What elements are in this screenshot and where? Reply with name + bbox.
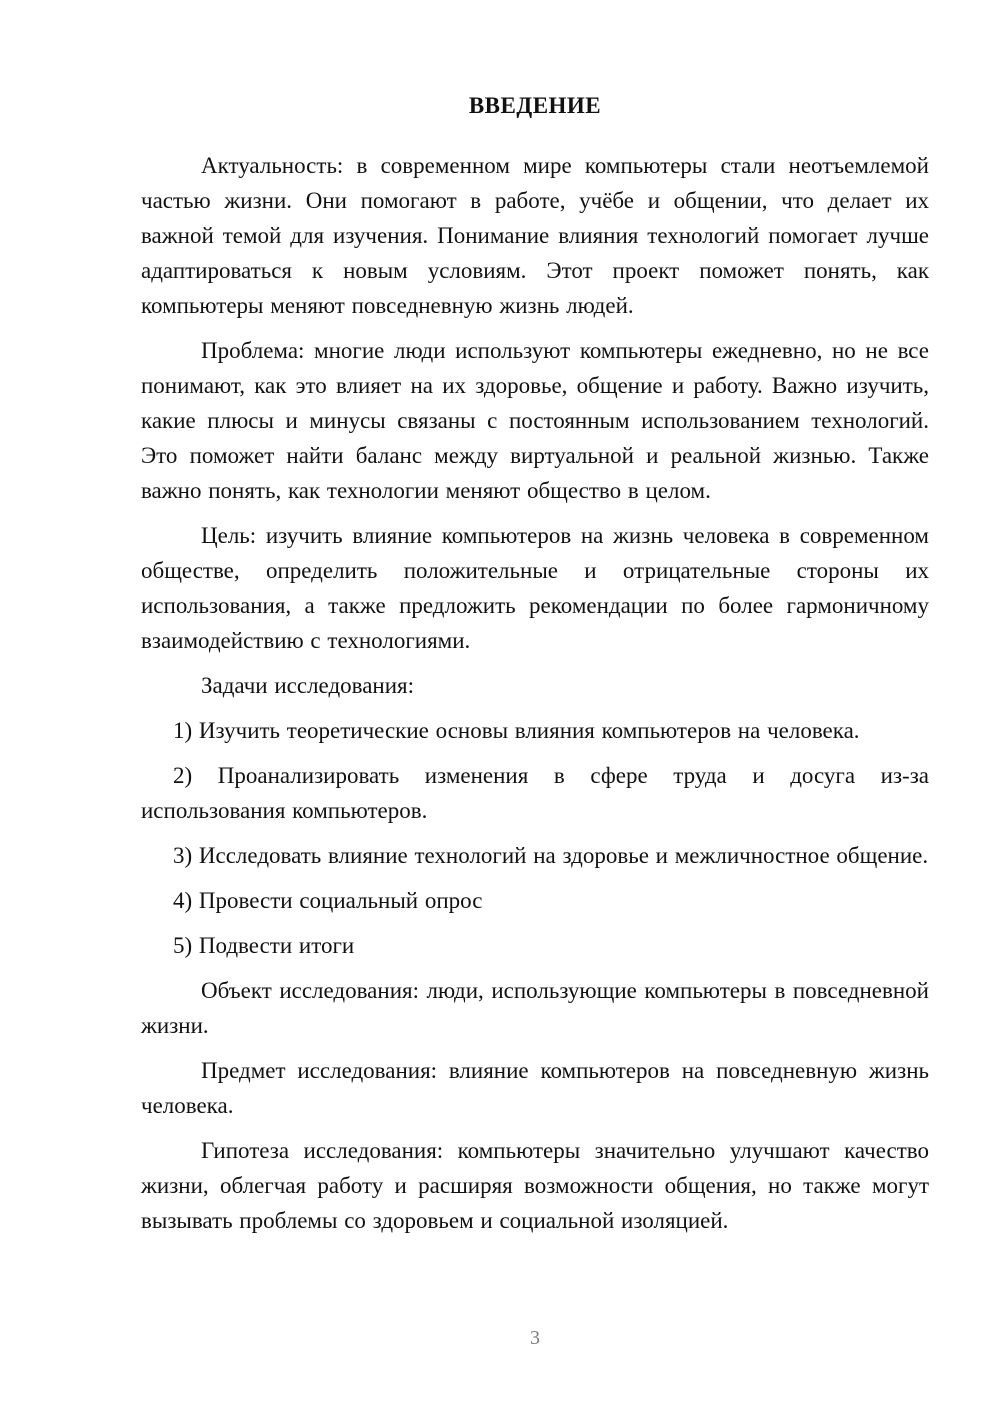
task-item-2: 2) Проанализировать изменения в сфере тр…: [141, 758, 929, 828]
paragraph-goal: Цель: изучить влияние компьютеров на жиз…: [141, 518, 929, 658]
task-item-1: 1) Изучить теоретические основы влияния …: [141, 713, 929, 748]
paragraph-hypothesis: Гипотеза исследования: компьютеры значит…: [141, 1133, 929, 1238]
task-item-4: 4) Провести социальный опрос: [141, 883, 929, 918]
paragraph-object: Объект исследования: люди, использующие …: [141, 973, 929, 1043]
document-viewport: { "document": { "title": "ВВЕДЕНИЕ", "pa…: [0, 0, 1000, 1414]
paragraph-actuality: Актуальность: в современном мире компьют…: [141, 148, 929, 323]
document-page: ВВЕДЕНИЕ Актуальность: в современном мир…: [0, 0, 1000, 1414]
task-item-5: 5) Подвести итоги: [141, 928, 929, 963]
page-number: 3: [141, 1326, 929, 1350]
page-title: ВВЕДЕНИЕ: [141, 88, 929, 123]
paragraph-subject: Предмет исследования: влияние компьютеро…: [141, 1053, 929, 1123]
paragraph-problem: Проблема: многие люди используют компьют…: [141, 333, 929, 508]
paragraph-tasks-heading: Задачи исследования:: [141, 668, 929, 703]
task-item-3: 3) Исследовать влияние технологий на здо…: [141, 838, 929, 873]
